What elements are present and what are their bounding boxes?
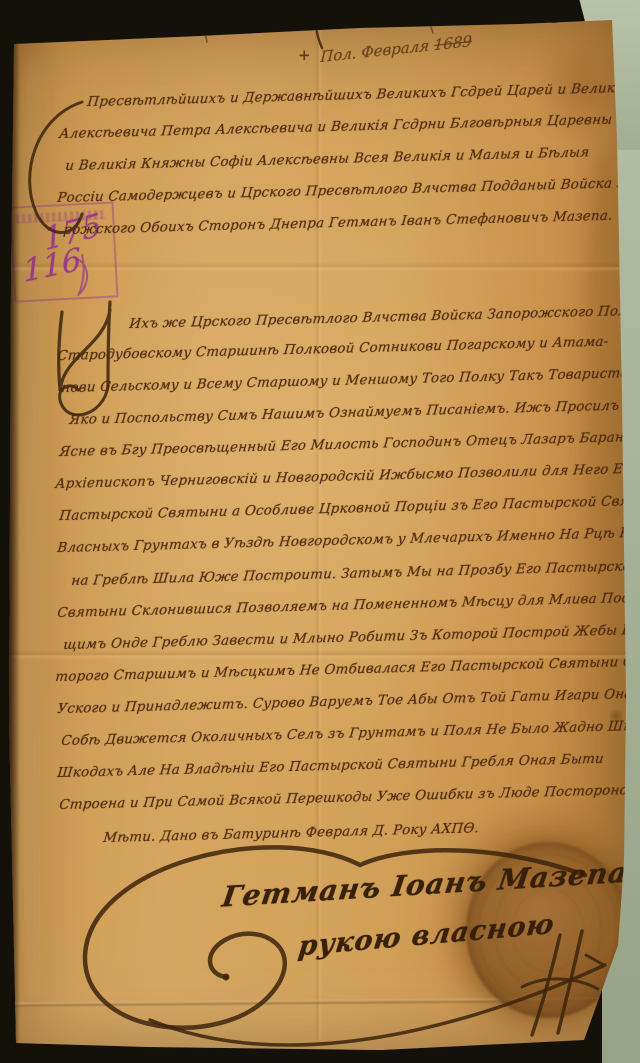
manuscript-line: Стародубовскому Старшинѣ Полковой Сотник… <box>57 336 609 364</box>
manuscript-line: Ихъ же Црского Пресвѣтлого Влчства Войск… <box>129 303 640 331</box>
marginal-cross: + <box>298 46 311 64</box>
manuscript-line: на Греблѣ Шила Юже Построити. Затымъ Мы … <box>71 560 640 588</box>
paper-sheet: + Пол. Февраля 1689 175 116 Пресвѣтлѣйши… <box>0 0 640 1063</box>
manuscript-line: Уского и Принадлежитъ. Сурово Варуемъ То… <box>57 688 640 717</box>
header-note: Пол. Февраля 1689 <box>320 32 472 66</box>
manuscript-line: Пастырской Святыни а Особливе Црковной П… <box>59 494 640 523</box>
manuscript-line: Власныхъ Грунтахъ в Уѣздѣ Новгородскомъ … <box>57 526 640 556</box>
manuscript-line: Строена и При Самой Всякой Перешкоды Уже… <box>59 784 637 813</box>
header-note-struck-year: 1689 <box>433 32 472 54</box>
manuscript-line: рожского Обоихъ Сторонъ Днепра Гетманъ І… <box>63 210 613 238</box>
manuscript-line: нови Сельскому и Всему Старшому и Меншом… <box>61 367 637 396</box>
page-edge-highlight <box>2 0 3 1063</box>
page-edge-line <box>6 0 7 1063</box>
book-gutter-shadow <box>0 0 20 1063</box>
manuscript-line: Святыни Склонившися Позволяемъ на Помене… <box>57 592 640 621</box>
manuscript-line: Архіепископъ Черниговскій и Новгородскій… <box>55 463 639 492</box>
manuscript-line: Яко и Поспольству Симъ Нашимъ Ознаймуемъ… <box>69 399 640 428</box>
header-note-text: Пол. Февраля <box>320 36 434 66</box>
manuscript-line: щимъ Онде Греблю Завести и Млыно Робити … <box>63 623 640 652</box>
manuscript-line: Россіи Самодержцевъ и Црского Пресвѣтлог… <box>57 176 640 205</box>
manuscript-line: торого Старшимъ и Мѣсцкимъ Не Отбивалася… <box>55 655 640 685</box>
manuscript-line: Шкодахъ Але На Владѣніи Его Пастырской С… <box>57 753 605 781</box>
archive-stamp: 175 116 <box>10 201 119 302</box>
manuscript-line: Собѣ Движется Околичныхъ Селъ зъ Грунтам… <box>61 719 640 748</box>
manuscript-photo: + Пол. Февраля 1689 175 116 Пресвѣтлѣйши… <box>0 0 640 1063</box>
manuscript-line: Алексѣевича Петра Алексѣевича и Великія … <box>59 114 613 142</box>
manuscript-line: Пресвѣтлѣйшихъ и Державнѣйшихъ Великихъ … <box>87 79 640 110</box>
manuscript-line: и Великія Княжны Софіи Алексѣевны Всея В… <box>65 146 590 173</box>
manuscript-line: Ясне въ Бгу Преосвѣщенный Его Милость Го… <box>59 430 640 459</box>
